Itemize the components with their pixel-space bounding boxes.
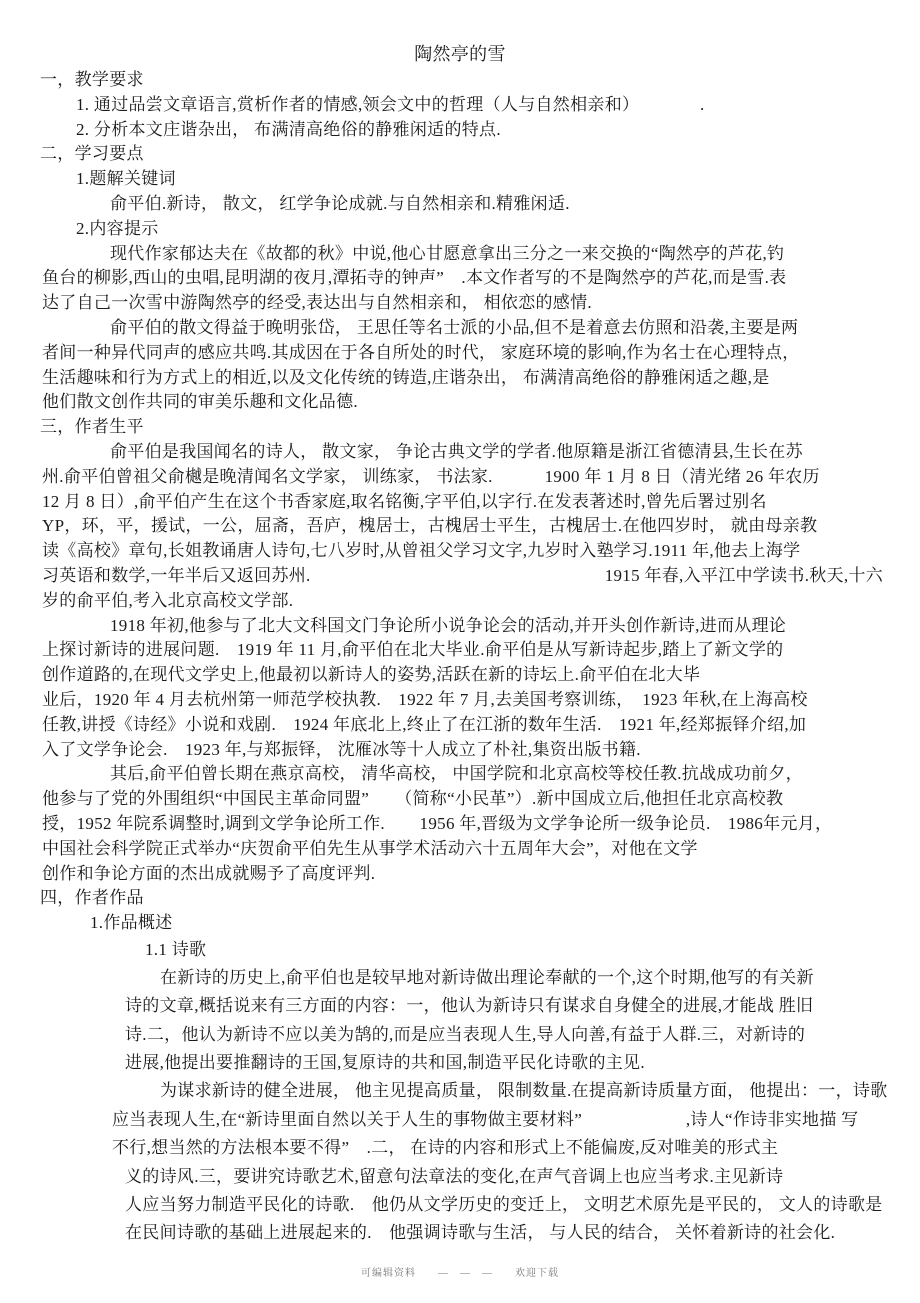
doc-line: 他参与了党的外围组织“中国民主革命同盟” （简称“小民革”）.新中国成立后,他担… xyxy=(0,787,920,812)
doc-line: 习英语和数学,一年半后又返回苏州. 1915 年春,入平江中学读书.秋天,十六 xyxy=(0,564,920,589)
doc-line: 1. 通过品尝文章语言,赏析作者的情感,领会文中的哲理（人与自然相亲和） . xyxy=(0,93,920,118)
doc-line: 业后，1920 年 4 月去杭州第一师范学校执教. 1922 年 7 月,去美国… xyxy=(0,688,920,713)
doc-line: 生活趣味和行为方式上的相近,以及文化传统的铸造,庄谐杂出， 布满清高绝俗的静雅闲… xyxy=(0,366,920,391)
doc-line: 俞平伯的散文得益于晚明张岱， 王思任等名士派的小品,但不是着意去仿照和沿袭,主要… xyxy=(0,316,920,341)
doc-line: 应当表现人生,在“新诗里面自然以关于人生的事物做主要材料” ,诗人“作诗非实地描… xyxy=(0,1106,920,1134)
doc-line: 2. 分析本文庄谐杂出， 布满清高绝俗的静雅闲适的特点. xyxy=(0,118,920,143)
doc-line: 1918 年初,他参与了北大文科国文门争论所小说争论会的活动,并开头创作新诗,进… xyxy=(0,614,920,639)
section-heading: 四，作者作品 xyxy=(0,886,920,911)
doc-line: 人应当努力制造平民化的诗歌. 他仍从文学历史的变迁上， 文明艺术原先是平民的， … xyxy=(0,1191,920,1219)
doc-line: 俞平伯.新诗， 散文， 红学争论成就.与自然相亲和.精雅闲适. xyxy=(0,192,920,217)
doc-line: 现代作家郁达夫在《故都的秋》中说,他心甘愿意拿出三分之一来交换的“陶然亭的芦花,… xyxy=(0,242,920,267)
doc-line: 在民间诗歌的基础上进展起来的. 他强调诗歌与生活， 与人民的结合， 关怀着新诗的… xyxy=(0,1219,920,1247)
section-heading: 一，教学要求 xyxy=(0,68,920,93)
doc-line: 上探讨新诗的进展问题. 1919 年 11 月,俞平伯在北大毕业.俞平伯是从写新… xyxy=(0,638,920,663)
doc-line: 其后,俞平伯曾长期在燕京高校， 清华高校， 中国学院和北京高校等校任教.抗战成功… xyxy=(0,762,920,787)
doc-line: 入了文学争论会. 1923 年,与郑振铎， 沈雁冰等十人成立了朴社,集资出版书籍… xyxy=(0,738,920,763)
doc-line: 创作道路的,在现代文学史上,他最初以新诗人的姿势,活跃在新的诗坛上.俞平伯在北大… xyxy=(0,663,920,688)
doc-line: 中国社会科学院正式举办“庆贺俞平伯先生从事学术活动六十五周年大会”，对他在文学 xyxy=(0,837,920,862)
doc-line: 进展,他提出要推翻诗的王国,复原诗的共和国,制造平民化诗歌的主见. xyxy=(0,1049,920,1077)
doc-line: 2.内容提示 xyxy=(0,217,920,242)
document-page: 陶然亭的雪一，教学要求1. 通过品尝文章语言,赏析作者的情感,领会文中的哲理（人… xyxy=(0,0,920,1279)
document-lines: 陶然亭的雪一，教学要求1. 通过品尝文章语言,赏析作者的情感,领会文中的哲理（人… xyxy=(0,40,920,1248)
doc-line: 鱼台的柳影,西山的虫唱,昆明湖的夜月,潭拓寺的钟声” .本文作者写的不是陶然亭的… xyxy=(0,266,920,291)
doc-line: 12 月 8 日）,俞平伯产生在这个书香家庭,取名铭衡,字平伯,以字行.在发表著… xyxy=(0,490,920,515)
doc-line: 在新诗的历史上,俞平伯也是较早地对新诗做出理论奉献的一个,这个时期,他写的有关新 xyxy=(0,964,920,992)
doc-line: 1.题解关键词 xyxy=(0,167,920,192)
doc-line: 不行,想当然的方法根本要不得” .二， 在诗的内容和形式上不能偏废,反对唯美的形… xyxy=(0,1134,920,1162)
doc-line: 1.作品概述 xyxy=(0,911,920,936)
doc-line: 他们散文创作共同的审美乐趣和文化品德. xyxy=(0,390,920,415)
doc-line: 俞平伯是我国闻名的诗人， 散文家， 争论古典文学的学者.他原籍是浙江省德清县,生… xyxy=(0,440,920,465)
doc-line: 诗的文章,概括说来有三方面的内容：一，他认为新诗只有谋求自身健全的进展,才能战 … xyxy=(0,992,920,1020)
doc-line: 诗.二，他认为新诗不应以美为鹄的,而是应当表现人生,导人向善,有益于人群.三，对… xyxy=(0,1021,920,1049)
doc-line: 为谋求新诗的健全进展， 他主见提高质量， 限制数量.在提高新诗质量方面， 他提出… xyxy=(0,1077,920,1105)
doc-line: 读《高校》章句,长姐教诵唐人诗句,七八岁时,从曾祖父学习文字,九岁时入塾学习.1… xyxy=(0,539,920,564)
doc-line: 岁的俞平伯,考入北京高校文学部. xyxy=(0,589,920,614)
doc-line: 授，1952 年院系调整时,调到文学争论所工作. 1956 年,晋级为文学争论所… xyxy=(0,812,920,837)
doc-line: 1.1 诗歌 xyxy=(0,936,920,964)
doc-line: 任教,讲授《诗经》小说和戏剧. 1924 年底北上,终止了在江浙的数年生活. 1… xyxy=(0,713,920,738)
section-heading: 二，学习要点 xyxy=(0,142,920,167)
doc-line: 达了自己一次雪中游陶然亭的经受,表达出与自然相亲和， 相依恋的感情. xyxy=(0,291,920,316)
doc-line: 创作和争论方面的杰出成就赐予了高度评判. xyxy=(0,862,920,887)
doc-line: 义的诗风.三，要讲究诗歌艺术,留意句法章法的变化,在声气音调上也应当考求.主见新… xyxy=(0,1163,920,1191)
doc-line: 州.俞平伯曾祖父俞樾是晚清闻名文学家， 训练家， 书法家. 1900 年 1 月… xyxy=(0,465,920,490)
footer-note: 可编辑资料 — — — 欢迎下载 xyxy=(0,1264,920,1279)
page-title: 陶然亭的雪 xyxy=(0,40,920,68)
section-heading: 三，作者生平 xyxy=(0,415,920,440)
doc-line: 者间一种异代同声的感应共鸣.其成因在于各自所处的时代， 家庭环境的影响,作为名士… xyxy=(0,341,920,366)
doc-line: YP，环，平，援试，一公，屈斋，吾庐，槐居士，古槐居士平生，古槐居士.在他四岁时… xyxy=(0,514,920,539)
